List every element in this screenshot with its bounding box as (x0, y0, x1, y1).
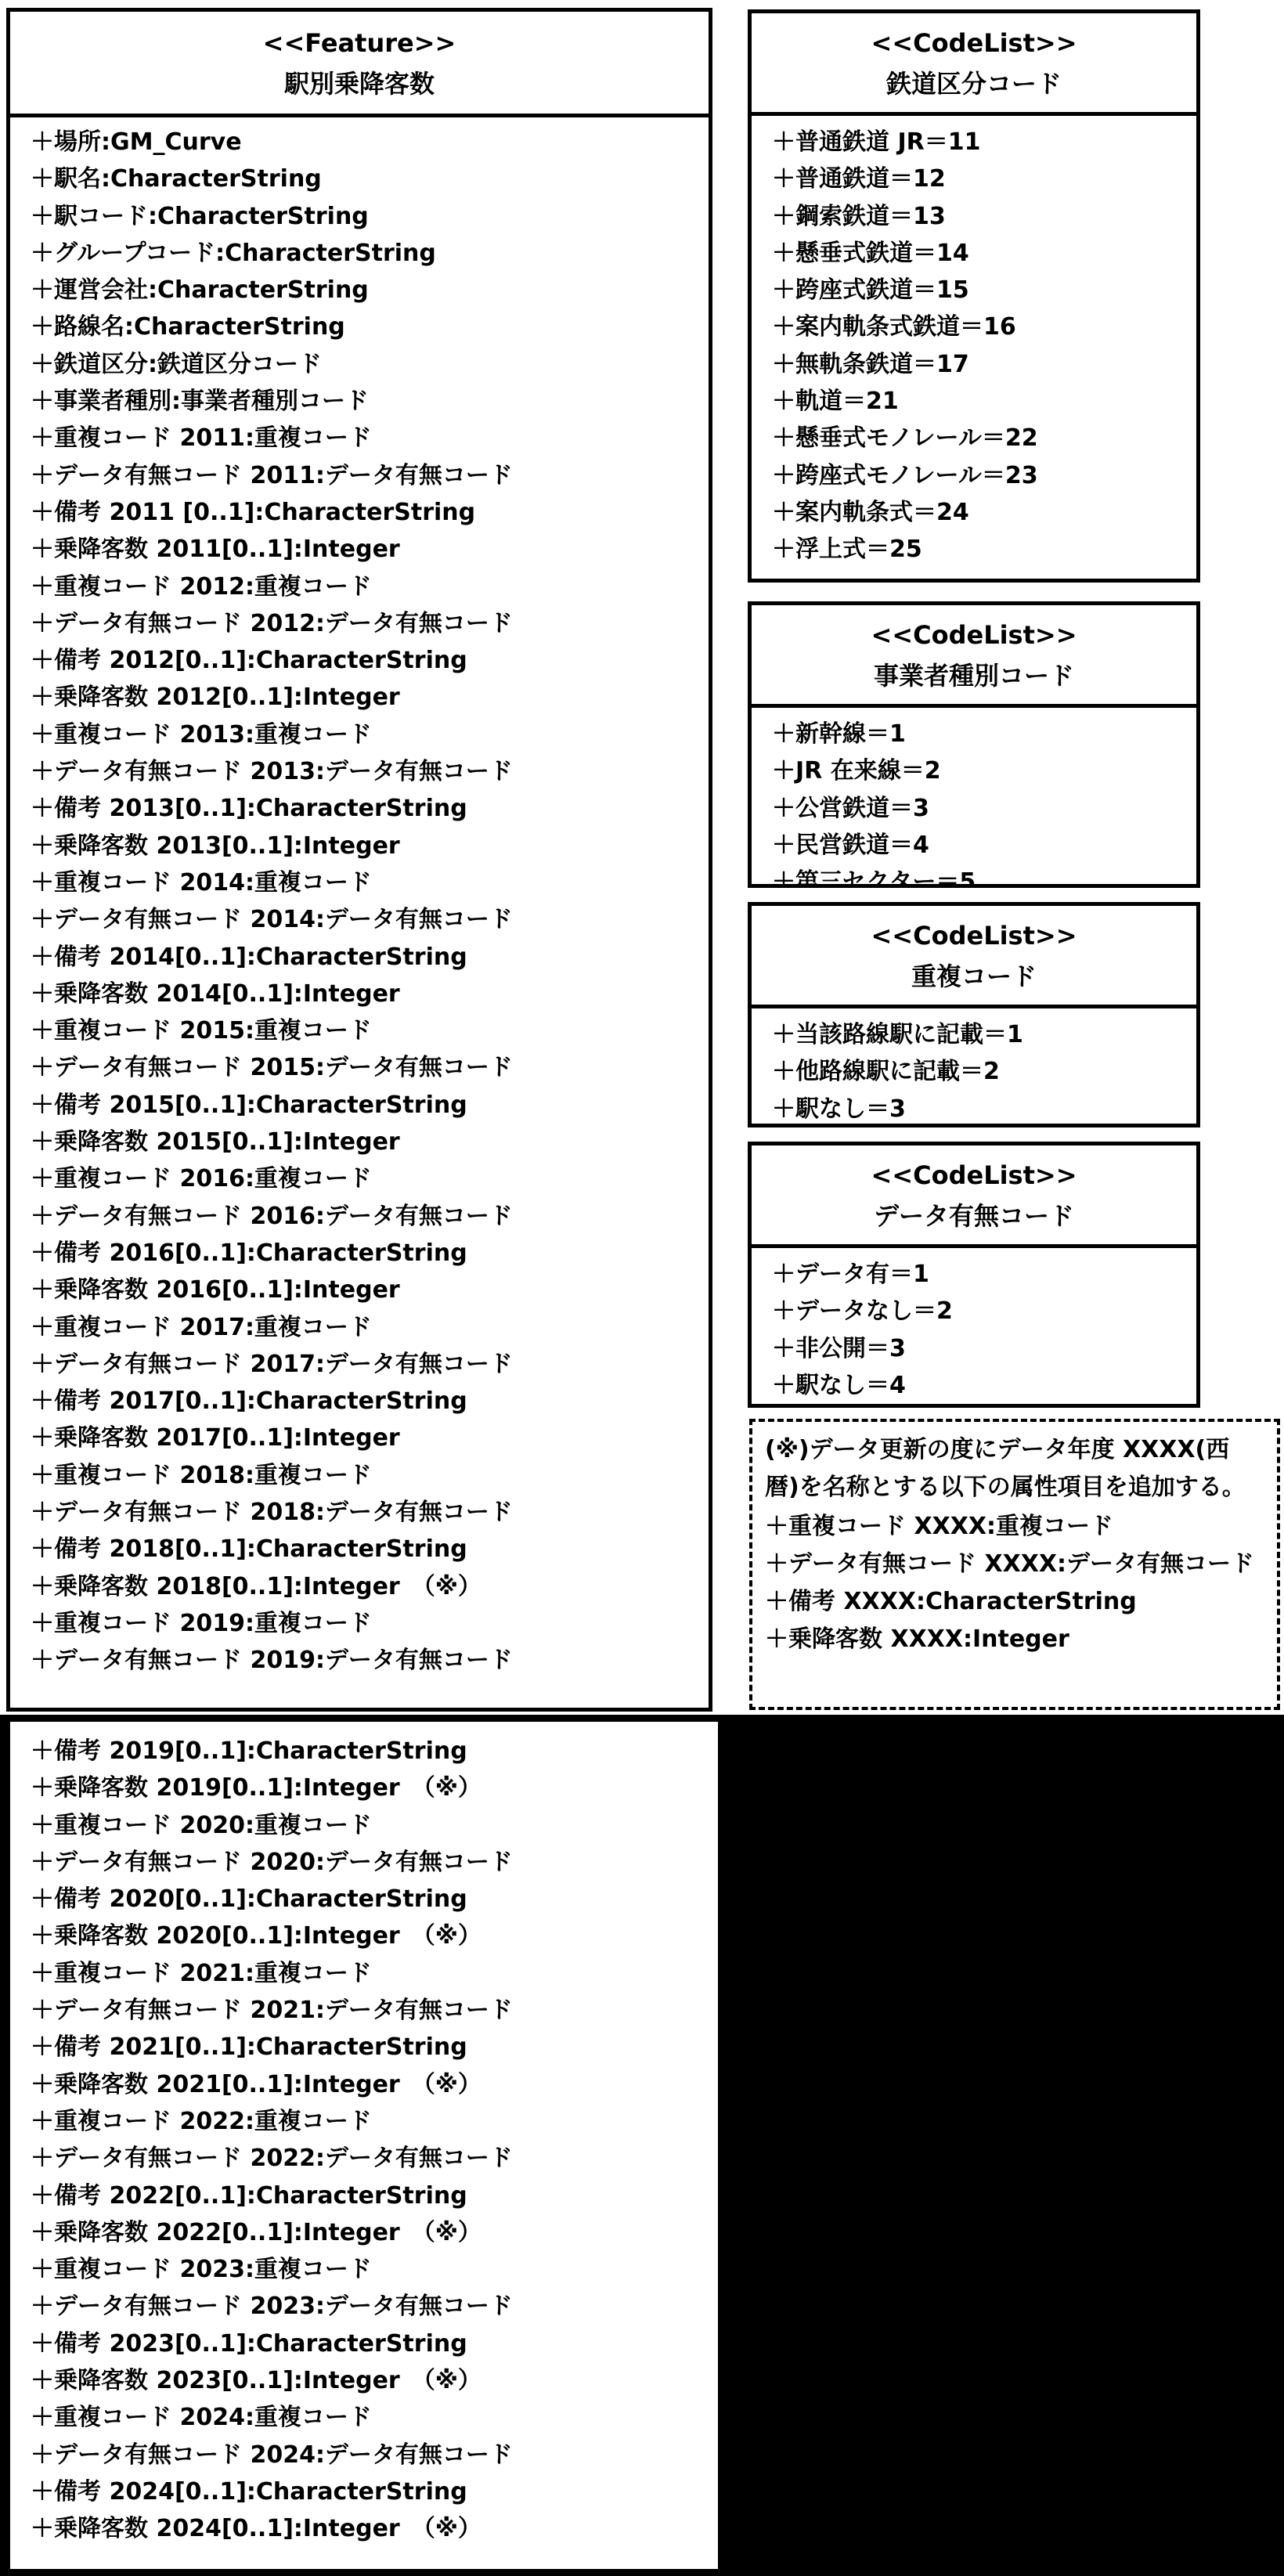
feature-attribute-line: ＋乗降客数 2024[0..1]:Integer （※） (31, 2510, 718, 2547)
feature-attribute-line: ＋重複コード 2012:重複コード (31, 568, 709, 605)
feature-attribute-line: ＋乗降客数 2017[0..1]:Integer (31, 1420, 709, 1456)
codelist-stereotype: <<CodeList>> (752, 1155, 1196, 1196)
feature-attribute-line: ＋データ有無コード 2019:データ有無コード (31, 1642, 709, 1679)
feature-attribute-line: ＋備考 2014[0..1]:CharacterString (31, 939, 709, 976)
codelist-title-compartment: <<CodeList>> データ有無コード (752, 1145, 1196, 1248)
codelist-title-compartment: <<CodeList>> 重複コード (752, 906, 1196, 1008)
codelist-item-line: ＋浮上式＝25 (772, 531, 1196, 568)
feature-attribute-line: ＋備考 2012[0..1]:CharacterString (31, 642, 709, 679)
feature-attribute-line: ＋乗降客数 2014[0..1]:Integer (31, 976, 709, 1012)
feature-attribute-line: ＋重複コード 2020:重複コード (31, 1807, 718, 1844)
feature-attribute-line: ＋駅名:CharacterString (31, 161, 709, 197)
feature-attribute-line: ＋データ有無コード 2012:データ有無コード (31, 605, 709, 642)
codelist-item-line: ＋普通鉄道＝12 (772, 161, 1196, 197)
feature-class-box: <<Feature>> 駅別乗降客数 ＋場所:GM_Curve＋駅名:Chara… (6, 8, 712, 1712)
codelist-item-line: ＋公営鉄道＝3 (772, 790, 1196, 827)
feature-attribute-line: ＋重複コード 2015:重複コード (31, 1012, 709, 1049)
codelist-data-availability-box: <<CodeList>> データ有無コード ＋データ有＝1＋データなし＝2＋非公… (748, 1142, 1200, 1408)
feature-attribute-line: ＋データ有無コード 2011:データ有無コード (31, 457, 709, 494)
feature-attribute-line: ＋乗降客数 2022[0..1]:Integer （※） (31, 2214, 718, 2251)
codelist-item-line: ＋新幹線＝1 (772, 716, 1196, 752)
feature-attribute-line: ＋備考 2023[0..1]:CharacterString (31, 2325, 718, 2362)
feature-attribute-line: ＋重複コード 2024:重複コード (31, 2399, 718, 2436)
codelist-railway-category-box: <<CodeList>> 鉄道区分コード ＋普通鉄道 JR＝11＋普通鉄道＝12… (748, 9, 1200, 583)
feature-attribute-line: ＋重複コード 2023:重複コード (31, 2251, 718, 2288)
codelist-name: 事業者種別コード (752, 655, 1196, 696)
feature-attribute-line: ＋データ有無コード 2023:データ有無コード (31, 2288, 718, 2325)
codelist-stereotype: <<CodeList>> (752, 23, 1196, 63)
codelist-item-line: ＋データ有＝1 (772, 1256, 1196, 1293)
codelist-item-line: ＋懸垂式鉄道＝14 (772, 235, 1196, 272)
codelist-title-compartment: <<CodeList>> 事業者種別コード (752, 605, 1196, 708)
feature-class-name: 駅別乗降客数 (10, 63, 709, 104)
codelist-item-line: ＋懸垂式モノレール＝22 (772, 420, 1196, 456)
feature-attribute-line: ＋データ有無コード 2017:データ有無コード (31, 1346, 709, 1383)
codelist-item-line: ＋跨座式モノレール＝23 (772, 457, 1196, 494)
feature-attribute-line: ＋重複コード 2021:重複コード (31, 1955, 718, 1992)
feature-attribute-line: ＋乗降客数 2015[0..1]:Integer (31, 1124, 709, 1160)
feature-attribute-line: ＋乗降客数 2018[0..1]:Integer （※） (31, 1568, 709, 1605)
codelist-name: 鉄道区分コード (752, 63, 1196, 104)
feature-attribute-line: ＋乗降客数 2013[0..1]:Integer (31, 828, 709, 864)
feature-attribute-line: ＋路線名:CharacterString (31, 308, 709, 345)
feature-attribute-line: ＋データ有無コード 2016:データ有無コード (31, 1198, 709, 1235)
feature-continued-attribute-list: ＋備考 2019[0..1]:CharacterString＋乗降客数 2019… (10, 1722, 718, 2548)
codelist-item-line: ＋跨座式鉄道＝15 (772, 272, 1196, 308)
feature-attribute-line: ＋鉄道区分:鉄道区分コード (31, 346, 709, 383)
feature-attribute-line: ＋備考 2011 [0..1]:CharacterString (31, 494, 709, 531)
codelist-item-line: ＋駅なし＝3 (772, 1091, 1196, 1127)
codelist-item-line: ＋鋼索鉄道＝13 (772, 198, 1196, 235)
annotation-note-text: (※)データ更新の度にデータ年度 XXXX(西暦)を名称とする以下の属性項目を追… (765, 1431, 1263, 1506)
feature-attribute-line: ＋重複コード 2011:重複コード (31, 420, 709, 456)
codelist-stereotype: <<CodeList>> (752, 615, 1196, 655)
feature-attribute-line: ＋場所:GM_Curve (31, 124, 709, 161)
annotation-note-item-line: ＋乗降客数 XXXX:Integer (765, 1621, 1263, 1658)
codelist-item-line: ＋データなし＝2 (772, 1293, 1196, 1329)
feature-attribute-line: ＋データ有無コード 2022:データ有無コード (31, 2140, 718, 2177)
feature-attribute-line: ＋乗降客数 2019[0..1]:Integer （※） (31, 1770, 718, 1806)
feature-attribute-line: ＋備考 2016[0..1]:CharacterString (31, 1235, 709, 1272)
codelist-item-line: ＋無軌条鉄道＝17 (772, 346, 1196, 383)
feature-attribute-line: ＋備考 2019[0..1]:CharacterString (31, 1733, 718, 1770)
codelist-item-line: ＋普通鉄道 JR＝11 (772, 124, 1196, 161)
feature-attribute-line: ＋運営会社:CharacterString (31, 272, 709, 308)
codelist-name: データ有無コード (752, 1196, 1196, 1236)
codelist-item-list: ＋普通鉄道 JR＝11＋普通鉄道＝12＋鋼索鉄道＝13＋懸垂式鉄道＝14＋跨座式… (752, 116, 1196, 568)
annotation-note-item-list: ＋重複コード XXXX:重複コード＋データ有無コード XXXX:データ有無コード… (765, 1508, 1263, 1658)
feature-attribute-line: ＋重複コード 2013:重複コード (31, 716, 709, 753)
feature-attribute-line: ＋備考 2013[0..1]:CharacterString (31, 790, 709, 827)
codelist-operator-type-box: <<CodeList>> 事業者種別コード ＋新幹線＝1＋JR 在来線＝2＋公営… (748, 601, 1200, 888)
feature-attribute-line: ＋グループコード:CharacterString (31, 235, 709, 272)
feature-attribute-line: ＋駅コード:CharacterString (31, 198, 709, 235)
feature-attribute-line: ＋乗降客数 2016[0..1]:Integer (31, 1272, 709, 1308)
annotation-note-box: (※)データ更新の度にデータ年度 XXXX(西暦)を名称とする以下の属性項目を追… (749, 1419, 1280, 1710)
annotation-note-item-line: ＋データ有無コード XXXX:データ有無コード (765, 1546, 1263, 1583)
feature-attribute-line: ＋データ有無コード 2013:データ有無コード (31, 753, 709, 790)
codelist-item-line: ＋他路線駅に記載＝2 (772, 1053, 1196, 1090)
codelist-item-line: ＋第三セクター＝5 (772, 864, 1196, 888)
feature-attribute-list: ＋場所:GM_Curve＋駅名:CharacterString＋駅コード:Cha… (10, 117, 709, 1679)
codelist-stereotype: <<CodeList>> (752, 915, 1196, 956)
feature-attribute-line: ＋乗降客数 2012[0..1]:Integer (31, 679, 709, 716)
codelist-item-line: ＋軌道＝21 (772, 383, 1196, 420)
uml-diagram-canvas: <<Feature>> 駅別乗降客数 ＋場所:GM_Curve＋駅名:Chara… (0, 0, 1284, 2576)
annotation-note-item-line: ＋備考 XXXX:CharacterString (765, 1583, 1263, 1621)
codelist-duplication-code-box: <<CodeList>> 重複コード ＋当該路線駅に記載＝1＋他路線駅に記載＝2… (748, 902, 1200, 1127)
feature-attribute-line: ＋備考 2017[0..1]:CharacterString (31, 1383, 709, 1420)
feature-attribute-line: ＋重複コード 2017:重複コード (31, 1309, 709, 1346)
feature-attribute-line: ＋データ有無コード 2018:データ有無コード (31, 1494, 709, 1531)
codelist-name: 重複コード (752, 956, 1196, 997)
feature-title-compartment: <<Feature>> 駅別乗降客数 (10, 12, 709, 117)
feature-attribute-line: ＋乗降客数 2011[0..1]:Integer (31, 531, 709, 568)
feature-attribute-line: ＋データ有無コード 2021:データ有無コード (31, 1992, 718, 2029)
feature-attribute-line: ＋乗降客数 2020[0..1]:Integer （※） (31, 1918, 718, 1954)
codelist-title-compartment: <<CodeList>> 鉄道区分コード (752, 13, 1196, 116)
feature-continuation-box: ＋備考 2019[0..1]:CharacterString＋乗降客数 2019… (6, 1718, 722, 2573)
feature-attribute-line: ＋データ有無コード 2014:データ有無コード (31, 901, 709, 938)
feature-attribute-line: ＋重複コード 2022:重複コード (31, 2103, 718, 2140)
feature-attribute-line: ＋備考 2018[0..1]:CharacterString (31, 1531, 709, 1568)
feature-attribute-line: ＋データ有無コード 2024:データ有無コード (31, 2437, 718, 2473)
codelist-item-line: ＋案内軌条式鉄道＝16 (772, 308, 1196, 345)
feature-attribute-line: ＋重複コード 2018:重複コード (31, 1457, 709, 1494)
feature-attribute-line: ＋データ有無コード 2015:データ有無コード (31, 1049, 709, 1086)
codelist-item-line: ＋民営鉄道＝4 (772, 827, 1196, 864)
feature-attribute-line: ＋乗降客数 2023[0..1]:Integer （※） (31, 2362, 718, 2399)
feature-attribute-line: ＋データ有無コード 2020:データ有無コード (31, 1844, 718, 1881)
feature-attribute-line: ＋備考 2021[0..1]:CharacterString (31, 2029, 718, 2065)
codelist-item-line: ＋非公開＝3 (772, 1330, 1196, 1367)
codelist-item-line: ＋JR 在来線＝2 (772, 752, 1196, 789)
feature-stereotype: <<Feature>> (10, 23, 709, 63)
feature-attribute-line: ＋備考 2020[0..1]:CharacterString (31, 1881, 718, 1918)
codelist-item-list: ＋新幹線＝1＋JR 在来線＝2＋公営鉄道＝3＋民営鉄道＝4＋第三セクター＝5 (752, 708, 1196, 888)
codelist-item-line: ＋案内軌条式＝24 (772, 494, 1196, 531)
codelist-item-line: ＋当該路線駅に記載＝1 (772, 1016, 1196, 1053)
feature-attribute-line: ＋乗降客数 2021[0..1]:Integer （※） (31, 2066, 718, 2103)
feature-attribute-line: ＋備考 2015[0..1]:CharacterString (31, 1087, 709, 1124)
codelist-item-list: ＋当該路線駅に記載＝1＋他路線駅に記載＝2＋駅なし＝3 (752, 1008, 1196, 1127)
feature-attribute-line: ＋重複コード 2014:重複コード (31, 864, 709, 901)
codelist-item-line: ＋駅なし＝4 (772, 1367, 1196, 1404)
codelist-item-list: ＋データ有＝1＋データなし＝2＋非公開＝3＋駅なし＝4 (752, 1248, 1196, 1404)
annotation-note-item-line: ＋重複コード XXXX:重複コード (765, 1508, 1263, 1546)
feature-attribute-line: ＋重複コード 2019:重複コード (31, 1605, 709, 1642)
feature-attribute-line: ＋備考 2024[0..1]:CharacterString (31, 2473, 718, 2510)
feature-attribute-line: ＋備考 2022[0..1]:CharacterString (31, 2177, 718, 2214)
feature-attribute-line: ＋事業者種別:事業者種別コード (31, 383, 709, 420)
feature-attribute-line: ＋重複コード 2016:重複コード (31, 1160, 709, 1197)
